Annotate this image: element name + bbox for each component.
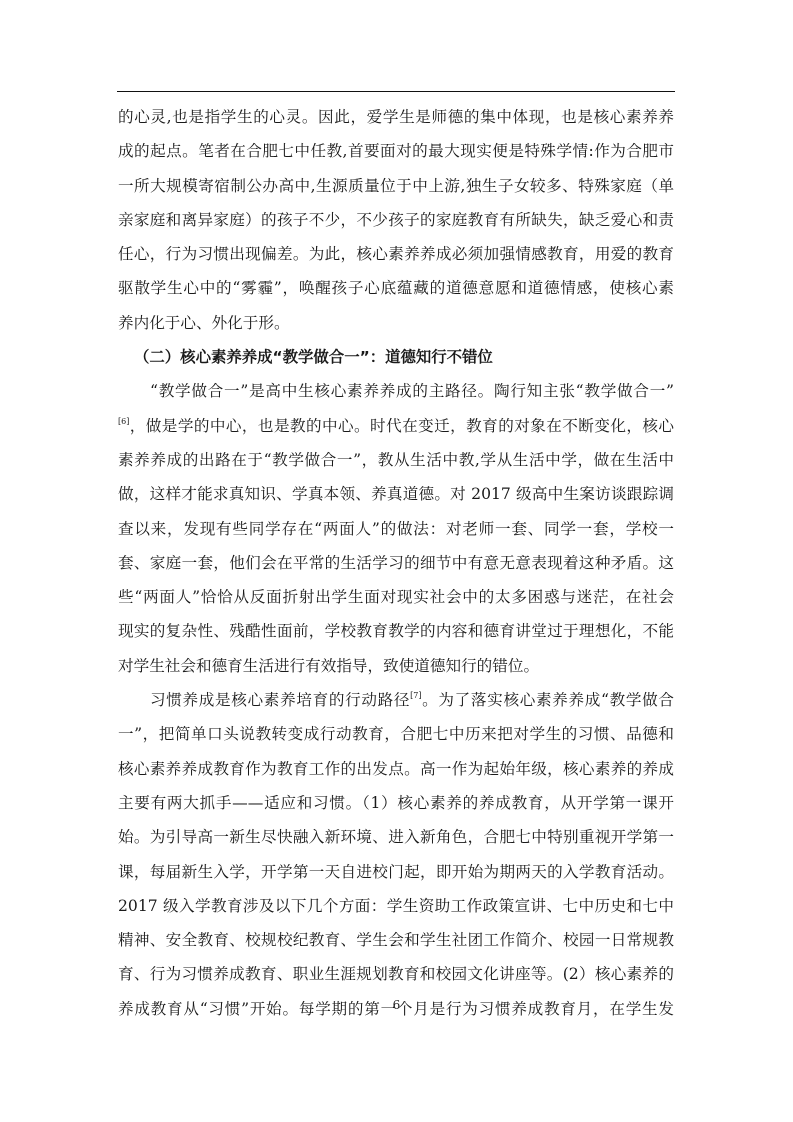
text-line: 亲家庭和离异家庭）的孩子不少，不少孩子的家庭教育有所缺失，缺乏爱心和责 — [118, 203, 674, 237]
text-line: 驱散学生心中的“雾霾”，唤醒孩子心底蕴藏的道德意愿和道德情感，使核心素 — [118, 271, 674, 305]
page-body: 的心灵,也是指学生的心灵。因此，爱学生是师德的集中体现，也是核心素养养 成的起点… — [118, 100, 674, 1026]
text-line: 2017 级入学教育涉及以下几个方面：学生资助工作政策宣讲、七中历史和七中 — [118, 889, 674, 923]
text-line: 习惯养成是核心素养培育的行动路径[7]。为了落实核心素养养成“教学做合 — [118, 683, 674, 717]
page-number: 6 — [0, 998, 793, 1012]
text-line: 成的起点。笔者在合肥七中任教,首要面对的最大现实便是特殊学情:作为合肥市 — [118, 134, 674, 168]
text-line: 素养养成的出路在于“教学做合一”，教从生活中教,学从生活中学，做在生活中 — [118, 443, 674, 477]
text-line: 始。为引导高一新生尽快融入新环境、进入新角色，合肥七中特别重视开学第一 — [118, 820, 674, 854]
text-line: 任心，行为习惯出现偏差。为此，核心素养养成必须加强情感教育，用爱的教育 — [118, 237, 674, 271]
header-rule — [117, 91, 675, 92]
text-line: 养内化于心、外化于形。 — [118, 306, 674, 340]
text-line: “教学做合一”是高中生核心素养养成的主路径。陶行知主张“教学做合一” — [118, 374, 674, 408]
text-line: 对学生社会和德育生活进行有效指导，致使道德知行的错位。 — [118, 649, 674, 683]
text-line: 一所大规模寄宿制公办高中,生源质量位于中上游,独生子女较多、特殊家庭（单 — [118, 169, 674, 203]
text-line: 精神、安全教育、校规校纪教育、学生会和学生社团工作简介、校园一日常规教 — [118, 923, 674, 957]
text-line: 育、行为习惯养成教育、职业生涯规划教育和校园文化讲座等。(2）核心素养的 — [118, 957, 674, 991]
text-line: 主要有两大抓手——适应和习惯。（1）核心素养的养成教育，从开学第一课开 — [118, 786, 674, 820]
citation-ref: [7] — [410, 691, 421, 700]
text-line: 课，每届新生入学，开学第一天自进校门起，即开始为期两天的入学教育活动。 — [118, 855, 674, 889]
text-line: 做，这样才能求真知识、学真本领、养真道德。对 2017 级高中生案访谈跟踪调 — [118, 477, 674, 511]
text-span: 。为了落实核心素养养成“教学做合 — [421, 691, 674, 709]
paragraph-teaching-learning-doing: “教学做合一”是高中生核心素养养成的主路径。陶行知主张“教学做合一” [6]，做… — [118, 374, 674, 683]
text-line: 现实的复杂性、残酷性面前，学校教育教学的内容和德育讲堂过于理想化，不能 — [118, 614, 674, 648]
section-heading: （二）核心素养养成“教学做合一”：道德知行不错位 — [118, 340, 674, 374]
text-line: 查以来，发现有些同学存在“两面人”的做法：对老师一套、同学一套，学校一 — [118, 512, 674, 546]
text-line: 核心素养养成教育作为教育工作的出发点。高一作为起始年级，核心素养的养成 — [118, 752, 674, 786]
text-line: 一”，把简单口头说教转变成行动教育，合肥七中历来把对学生的习惯、品德和 — [118, 717, 674, 751]
text-line: [6]，做是学的中心，也是教的中心。时代在变迁，教育的对象在不断变化，核心 — [118, 409, 674, 443]
text-span: ，做是学的中心，也是教的中心。时代在变迁，教育的对象在不断变化，核心 — [129, 417, 674, 435]
citation-ref: [6] — [118, 417, 129, 426]
paragraph-habit-formation: 习惯养成是核心素养培育的行动路径[7]。为了落实核心素养养成“教学做合 一”，把… — [118, 683, 674, 1026]
text-line: 套、家庭一套，他们会在平常的生活学习的细节中有意无意表现着这种矛盾。这 — [118, 546, 674, 580]
paragraph-love-education: 的心灵,也是指学生的心灵。因此，爱学生是师德的集中体现，也是核心素养养 成的起点… — [118, 100, 674, 340]
text-line: 些“两面人”恰恰从反面折射出学生面对现实社会中的太多困惑与迷茫，在社会 — [118, 580, 674, 614]
text-line: 的心灵,也是指学生的心灵。因此，爱学生是师德的集中体现，也是核心素养养 — [118, 100, 674, 134]
text-span: 习惯养成是核心素养培育的行动路径 — [150, 691, 410, 709]
